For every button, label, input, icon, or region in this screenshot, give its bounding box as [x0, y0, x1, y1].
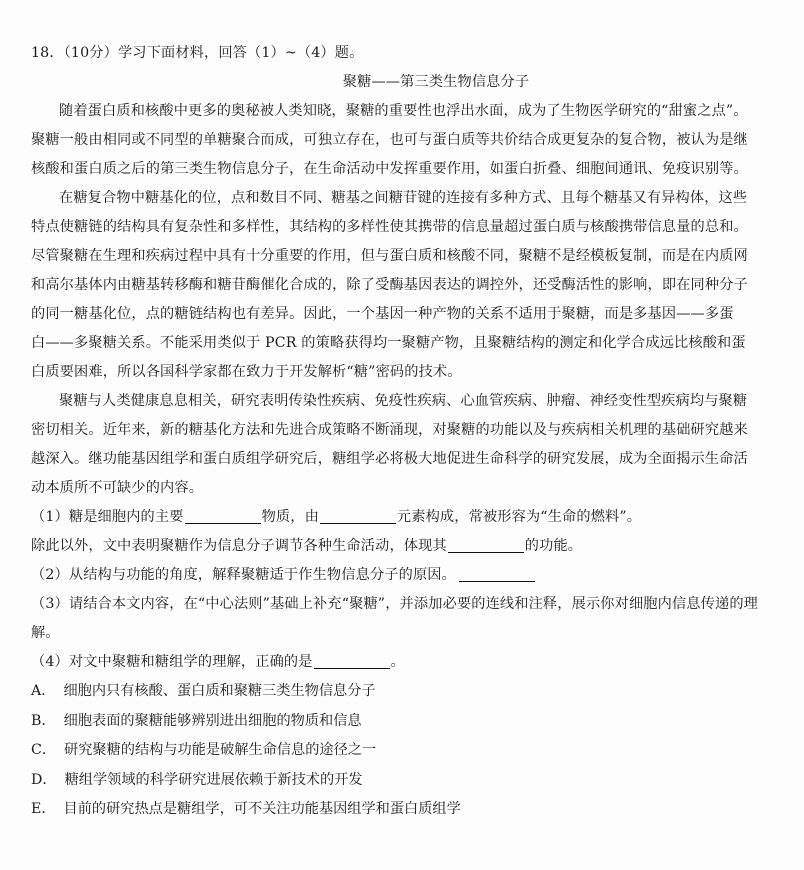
option-text: 细胞内只有核酸、蛋白质和聚糖三类生物信息分子 — [63, 683, 375, 699]
paragraph-line: 动本质所不可缺少的内容。 — [31, 474, 781, 503]
q1-text-b: 物质，由 — [262, 509, 319, 525]
option-text: 研究聚糖的结构与功能是破解生命信息的途径之一 — [64, 742, 376, 758]
paragraph-2: 在糖复合物中糖基化的位，点和数目不同、糖基之间糖苷键的连接有多种方式、且每个糖基… — [31, 184, 781, 387]
paragraph-line: 聚糖一般由相同或不同型的单糖聚合而成，可独立存在，也可与蛋白质等共价结合成更复杂… — [31, 126, 781, 155]
answer-blank-5[interactable] — [314, 652, 390, 669]
q4-text: （4）对文中聚糖和糖组学的理解，正确的是 — [31, 654, 313, 670]
paragraph-line: 在糖复合物中糖基化的位，点和数目不同、糖基之间糖苷键的连接有多种方式、且每个糖基… — [31, 184, 781, 213]
paragraph-line: 和高尔基体内由糖基转移酶和糖苷酶催化合成的，除了受酶基因表达的调控外，还受酶活性… — [31, 271, 781, 300]
q1-text-a: （1）糖是细胞内的主要 — [31, 509, 184, 525]
q4-end: 。 — [391, 654, 405, 670]
article-title: 聚糖——第三类生物信息分子 — [31, 68, 781, 97]
option-text: 糖组学领域的科学研究进展依赖于新技术的开发 — [65, 772, 363, 788]
q1-text-e: 的功能。 — [525, 538, 582, 554]
question-header: 18．（10分）学习下面材料，回答（1）~（4）题。 — [31, 39, 781, 68]
sub-question-3: （3）请结合本文内容，在“中心法则”基础上补充“聚糖”，并添加必要的连线和注释，… — [31, 590, 781, 648]
answer-blank-4[interactable] — [459, 565, 535, 582]
option-e: E．目前的研究热点是糖组学，可不关注功能基因组学和蛋白质组学 — [31, 795, 781, 825]
paragraph-line: 越深入。继功能基因组学和蛋白质组学研究后，糖组学必将极大地促进生命科学的研究发展… — [31, 445, 781, 474]
option-d: D．糖组学领域的科学研究进展依赖于新技术的开发 — [31, 766, 781, 796]
option-letter: C． — [31, 742, 56, 758]
q3-line: 解。 — [31, 619, 781, 648]
answer-blank-3[interactable] — [448, 536, 524, 553]
answer-blank-1[interactable] — [185, 507, 261, 524]
paragraph-line: 特点使糖链的结构具有复杂性和多样性，其结构的多样性使其携带的信息量超过蛋白质与核… — [31, 213, 781, 242]
exam-question: 18．（10分）学习下面材料，回答（1）~（4）题。 聚糖——第三类生物信息分子… — [31, 39, 781, 825]
paragraph-line: 白质要困难，所以各国科学家都在致力于开发解析“糖”密码的技术。 — [31, 358, 781, 387]
sub-question-2: （2）从结构与功能的角度，解释聚糖适于作生物信息分子的原因。 — [31, 561, 781, 590]
paragraph-line: 随着蛋白质和核酸中更多的奥秘被人类知晓，聚糖的重要性也浮出水面，成为了生物医学研… — [31, 97, 781, 126]
paragraph-1: 随着蛋白质和核酸中更多的奥秘被人类知晓，聚糖的重要性也浮出水面，成为了生物医学研… — [31, 97, 781, 184]
option-text: 目前的研究热点是糖组学，可不关注功能基因组学和蛋白质组学 — [64, 801, 461, 817]
paragraph-line: 白——多聚糖关系。不能采用类似于 PCR 的策略获得均一聚糖产物，且聚糖结构的测… — [31, 329, 781, 358]
option-letter: D． — [31, 772, 57, 788]
option-letter: E． — [31, 801, 56, 817]
q1-text-c: 元素构成，常被形容为“生命的燃料”。 — [397, 509, 641, 525]
paragraph-line: 密切相关。近年来，新的糖基化方法和先进合成策略不断涌现，对聚糖的功能以及与疾病相… — [31, 416, 781, 445]
paragraph-line: 聚糖与人类健康息息相关，研究表明传染性疾病、免疫性疾病、心血管疾病、肿瘤、神经变… — [31, 387, 781, 416]
option-b: B．细胞表面的聚糖能够辨别进出细胞的物质和信息 — [31, 707, 781, 737]
paragraph-line: 的同一糖基化位，点的糖链结构也有差异。因此，一个基因一种产物的关系不适用于聚糖，… — [31, 300, 781, 329]
paragraph-3: 聚糖与人类健康息息相关，研究表明传染性疾病、免疫性疾病、心血管疾病、肿瘤、神经变… — [31, 387, 781, 503]
option-letter: B． — [31, 713, 56, 729]
answer-blank-2[interactable] — [320, 507, 396, 524]
sub-question-4: （4）对文中聚糖和糖组学的理解，正确的是。 A．细胞内只有核酸、蛋白质和聚糖三类… — [31, 648, 781, 825]
paragraph-line: 尽管聚糖在生理和疾病过程中具有十分重要的作用，但与蛋白质和核酸不同，聚糖不是经模… — [31, 242, 781, 271]
option-letter: A． — [31, 683, 55, 699]
option-text: 细胞表面的聚糖能够辨别进出细胞的物质和信息 — [64, 713, 362, 729]
sub-question-1: （1）糖是细胞内的主要物质，由元素构成，常被形容为“生命的燃料”。 除此以外，文… — [31, 503, 781, 561]
q2-text: （2）从结构与功能的角度，解释聚糖适于作生物信息分子的原因。 — [31, 567, 456, 583]
paragraph-line: 核酸和蛋白质之后的第三类生物信息分子，在生命活动中发挥重要作用，如蛋白折叠、细胞… — [31, 155, 781, 184]
option-a: A．细胞内只有核酸、蛋白质和聚糖三类生物信息分子 — [31, 677, 781, 707]
option-c: C．研究聚糖的结构与功能是破解生命信息的途径之一 — [31, 736, 781, 766]
q1-text-d: 除此以外，文中表明聚糖作为信息分子调节各种生命活动，体现其 — [31, 538, 447, 554]
q3-line: （3）请结合本文内容，在“中心法则”基础上补充“聚糖”，并添加必要的连线和注释，… — [31, 590, 781, 619]
